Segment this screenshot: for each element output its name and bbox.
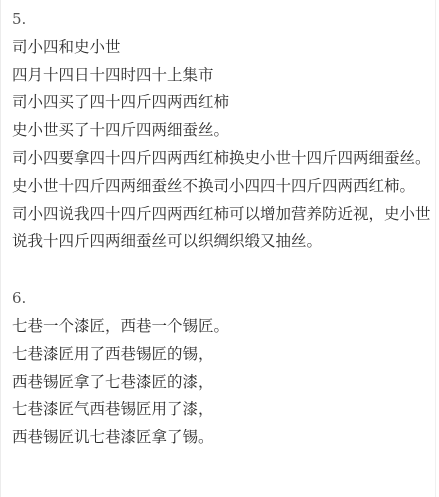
text-line: 司小四买了四十四斤四两西红柿 — [12, 89, 432, 117]
text-line: 西巷锡匠讥七巷漆匠拿了锡。 — [12, 424, 432, 452]
text-line: 七巷漆匠气西巷锡匠用了漆， — [12, 396, 432, 424]
text-line: 司小四要拿四十四斤四两西红柿换史小世十四斤四两细蚕丝。 — [12, 145, 432, 173]
text-line: 司小四说我四十四斤四两西红柿可以增加营养防近视，史小世说我十四斤四两细蚕丝可以织… — [12, 201, 432, 257]
section-spacer — [12, 256, 432, 285]
text-line: 史小世买了十四斤四两细蚕丝。 — [12, 117, 432, 145]
text-line: 四月十四日十四时四十上集市 — [12, 62, 432, 90]
section-6: 6. 七巷一个漆匠，西巷一个锡匠。 七巷漆匠用了西巷锡匠的锡， 西巷锡匠拿了七巷… — [12, 285, 432, 452]
text-line: 七巷漆匠用了西巷锡匠的锡， — [12, 341, 432, 369]
section-5: 5. 司小四和史小世 四月十四日十四时四十上集市 司小四买了四十四斤四两西红柿 … — [12, 6, 432, 256]
section-number: 5. — [12, 6, 432, 34]
text-line: 史小世十四斤四两细蚕丝不换司小四四十四斤四两西红柿。 — [12, 173, 432, 201]
section-number: 6. — [12, 285, 432, 313]
text-line: 七巷一个漆匠，西巷一个锡匠。 — [12, 313, 432, 341]
text-line: 西巷锡匠拿了七巷漆匠的漆， — [12, 369, 432, 397]
text-line: 司小四和史小世 — [12, 34, 432, 62]
document-panel: 5. 司小四和史小世 四月十四日十四时四十上集市 司小四买了四十四斤四两西红柿 … — [0, 0, 436, 497]
tongue-twister-content: 5. 司小四和史小世 四月十四日十四时四十上集市 司小四买了四十四斤四两西红柿 … — [12, 6, 432, 452]
